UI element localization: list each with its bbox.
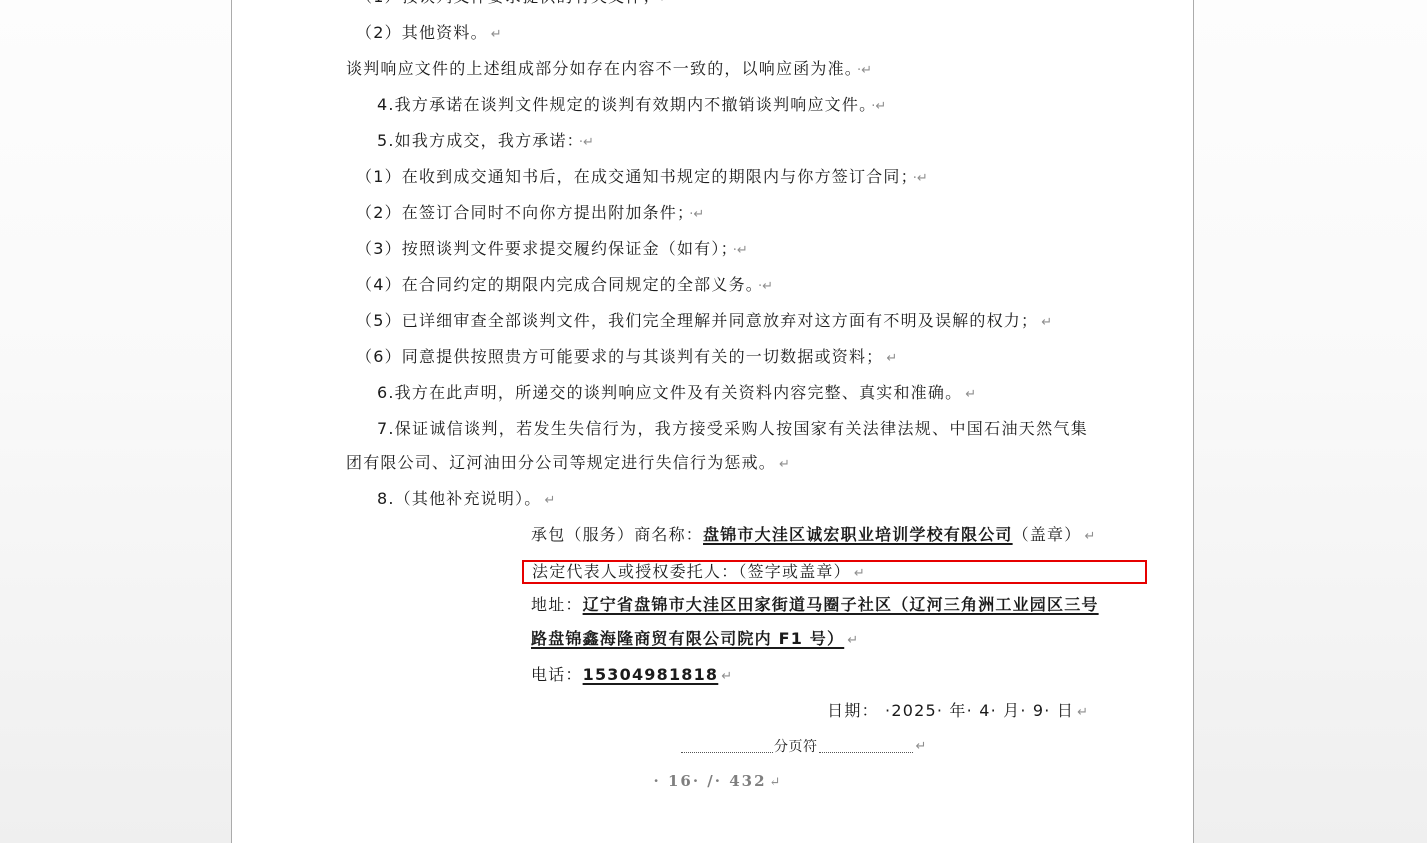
contractor-name: 盘锦市大洼区诚宏职业培训学校有限公司 <box>703 525 1013 544</box>
address-label: 地址： <box>531 595 583 614</box>
contractor-suffix: （盖章） <box>1013 525 1082 544</box>
page-number: · 16· /· 432↵ <box>346 764 1088 800</box>
paragraph-mark: ·↵ <box>854 63 872 78</box>
paragraph-mark: ·↵ <box>576 135 594 150</box>
paragraph-mark: ↵ <box>962 387 976 402</box>
legal-rep-text: 法定代表人或授权委托人：（签字或盖章） <box>532 562 851 581</box>
document-page: （1）按谈判文件要求提供的有关文件；·↵ （2）其他资料。↵ 谈判响应文件的上述… <box>231 0 1194 843</box>
paragraph-mark: ↵ <box>913 730 927 764</box>
date-line: 日期： ·2025· 年· 4· 月· 9· 日↵ <box>346 694 1088 730</box>
highlight-box: 法定代表人或授权委托人：（签字或盖章）↵ <box>522 560 1147 584</box>
paragraph-mark: ↵ <box>776 457 790 472</box>
doc-paragraph: （3）按照谈判文件要求提交履约保证金（如有）；·↵ <box>346 232 1088 268</box>
address-line: 地址：辽宁省盘锦市大洼区田家街道马圈子社区（辽河三角洲工业园区三号路盘锦鑫海隆商… <box>531 588 1106 658</box>
signature-block: 承包（服务）商名称：盘锦市大洼区诚宏职业培训学校有限公司（盖章）↵ 法定代表人或… <box>531 518 1106 694</box>
paragraph-mark: ↵ <box>767 775 781 790</box>
document-viewport: （1）按谈判文件要求提供的有关文件；·↵ （2）其他资料。↵ 谈判响应文件的上述… <box>0 0 1427 843</box>
legal-rep-line: 法定代表人或授权委托人：（签字或盖章）↵ <box>531 554 1106 588</box>
phone-line: 电话：15304981818↵ <box>531 658 1106 694</box>
doc-paragraph: 4.我方承诺在谈判文件规定的谈判有效期内不撤销谈判响应文件。·↵ <box>346 88 1088 124</box>
contractor-label: 承包（服务）商名称： <box>531 525 703 544</box>
doc-paragraph: （4）在合同约定的期限内完成合同规定的全部义务。·↵ <box>346 268 1088 304</box>
paragraph-mark: ↵ <box>1081 529 1095 544</box>
address-value: 辽宁省盘锦市大洼区田家街道马圈子社区（辽河三角洲工业园区三号路盘锦鑫海隆商贸有限… <box>531 595 1099 648</box>
doc-paragraph: 谈判响应文件的上述组成部分如存在内容不一致的，以响应函为准。·↵ <box>346 52 1088 88</box>
paragraph-mark: ↵ <box>1074 705 1088 720</box>
doc-paragraph: （5）已详细审查全部谈判文件，我们完全理解并同意放弃对这方面有不明及误解的权力；… <box>346 304 1088 340</box>
paragraph-mark: ·↵ <box>910 171 928 186</box>
page-break-dots <box>681 752 773 753</box>
doc-paragraph: （6）同意提供按照贵方可能要求的与其谈判有关的一切数据或资料；↵ <box>346 340 1088 376</box>
page-content: （1）按谈判文件要求提供的有关文件；·↵ （2）其他资料。↵ 谈判响应文件的上述… <box>346 0 1088 800</box>
doc-paragraph: （1）在收到成交通知书后，在成交通知书规定的期限内与你方签订合同；·↵ <box>346 160 1088 196</box>
doc-paragraph: 7.保证诚信谈判，若发生失信行为，我方接受采购人按国家有关法律法规、中国石油天然… <box>346 412 1088 482</box>
doc-paragraph: （2）其他资料。↵ <box>346 16 1088 52</box>
paragraph-mark: ·↵ <box>652 0 670 6</box>
contractor-name-line: 承包（服务）商名称：盘锦市大洼区诚宏职业培训学校有限公司（盖章）↵ <box>531 518 1106 554</box>
paragraph-mark: ↵ <box>883 351 897 366</box>
doc-paragraph: （2）在签订合同时不向你方提出附加条件；·↵ <box>346 196 1088 232</box>
paragraph-mark: ·↵ <box>730 243 748 258</box>
doc-paragraph: 8.（其他补充说明）。↵ <box>346 482 1088 518</box>
phone-label: 电话： <box>531 665 583 684</box>
doc-paragraph: （1）按谈判文件要求提供的有关文件；·↵ <box>346 0 1088 16</box>
paragraph-mark: ↵ <box>844 633 858 648</box>
page-break-label: 分页符 <box>773 730 819 764</box>
paragraph-mark: ↵ <box>1038 315 1052 330</box>
paragraph-mark: ↵ <box>718 669 732 684</box>
paragraph-mark: ↵ <box>541 493 555 508</box>
page-break-dots <box>819 752 913 753</box>
phone-value: 15304981818 <box>583 665 719 684</box>
page-break-marker: 分页符 ↵ <box>681 730 1088 764</box>
paragraph-mark: ↵ <box>851 566 865 581</box>
paragraph-mark: ·↵ <box>686 207 704 222</box>
paragraph-mark: ·↵ <box>868 99 886 114</box>
doc-paragraph: 5.如我方成交，我方承诺：·↵ <box>346 124 1088 160</box>
doc-paragraph: 6.我方在此声明，所递交的谈判响应文件及有关资料内容完整、真实和准确。↵ <box>346 376 1088 412</box>
paragraph-mark: ·↵ <box>755 279 773 294</box>
paragraph-mark: ↵ <box>488 27 502 42</box>
